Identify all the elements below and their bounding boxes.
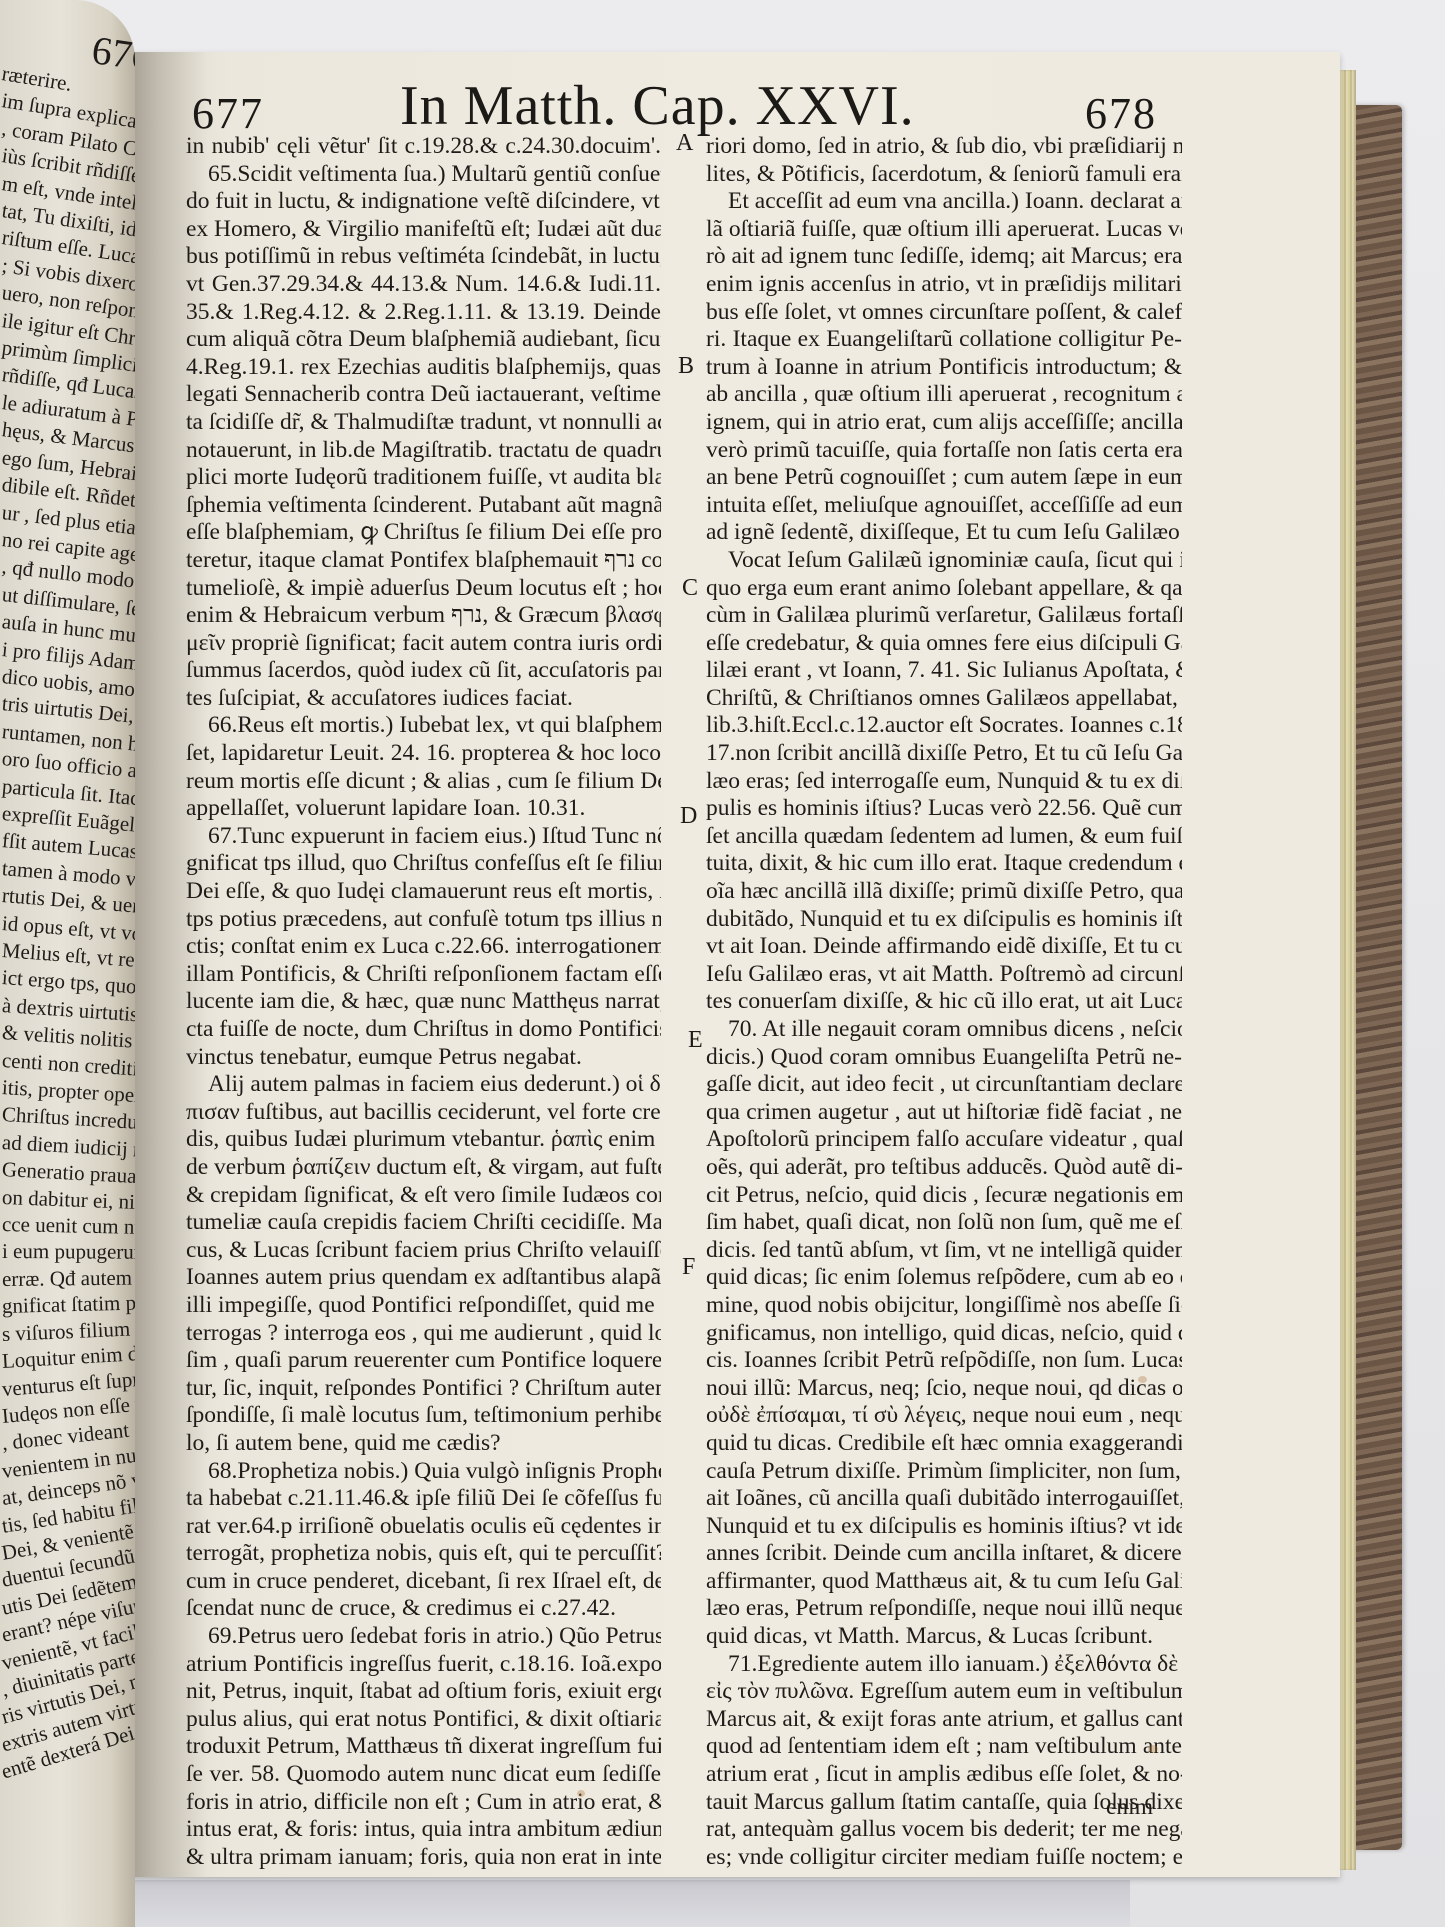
text-line: tur, ſic, inquit, reſpondes Pontifici ? …	[186, 1375, 661, 1403]
text-line: appellaſſet, voluerunt lapidare Ioan. 10…	[186, 795, 661, 823]
text-line: ab ancilla , quæ oſtium illi aperuerat ,…	[706, 381, 1182, 409]
text-line: lilæi erant , vt Ioann, 7. 41. Sic Iulia…	[706, 657, 1182, 685]
text-line: 4.Reg.19.1. rex Ezechias auditis blaſphe…	[186, 354, 661, 382]
section-letter-f: F	[682, 1254, 695, 1281]
text-line: lã oſtiariã fuiſſe, quæ oſtium illi aper…	[706, 216, 1182, 244]
text-line: ſphemia veſtimenta ſcinderent. Putabant …	[186, 492, 661, 520]
text-line: μεῖν propriè ſignificat; facit autem con…	[186, 630, 661, 658]
text-line: quid dicas, vt Matth. Marcus, & Lucas ſc…	[706, 1623, 1182, 1651]
book-photo-scene: 676 ræterire.im ſupra explicauimus, cora…	[0, 0, 1445, 1927]
left-column: in nubib' cęli vẽtur' ſit c.19.28.& c.24…	[186, 133, 661, 1871]
text-line: gnificamus, non intelligo, quid dicas, n…	[706, 1320, 1182, 1348]
text-line: cauſa Petrum dixiſſe. Primùm ſimpliciter…	[706, 1458, 1182, 1486]
text-line: Nunquid et tu ex diſcipulis es hominis i…	[706, 1513, 1182, 1541]
text-line: læo eras, Petrum reſpondiſſe, neque noui…	[706, 1595, 1182, 1623]
text-line: vt Gen.37.29.34.& 44.13.& Num. 14.6.& Iu…	[186, 271, 661, 299]
text-line: 67.Tunc expuerunt in faciem eius.) Iſtud…	[186, 823, 661, 851]
text-line: trum à Ioanne in atrium Pontificis intro…	[706, 354, 1182, 382]
text-line: lites, & Põtificis, ſacerdotum, & ſenior…	[706, 161, 1182, 189]
text-line: πισαν fuſtibus, aut bacillis ceciderunt,…	[186, 1099, 661, 1127]
text-line: terrogãt, prophetiza nobis, quis eſt, qu…	[186, 1540, 661, 1568]
text-line: de verbum ῥαπίζειν ductum eſt, & virgam,…	[186, 1154, 661, 1182]
text-line: Et acceſſit ad eum vna ancilla.) Ioann. …	[706, 188, 1182, 216]
text-line: ſe ver. 58. Quomodo autem nunc dicat eum…	[186, 1761, 661, 1789]
text-line: Ieſu Galilæo eras, vt ait Matth. Poſtrem…	[706, 961, 1182, 989]
text-line: illi impegiſſe, quod Pontifici reſpondiſ…	[186, 1292, 661, 1320]
text-line: es; vnde colligitur circiter mediam fuiſ…	[706, 1844, 1182, 1872]
text-line: dubitãdo, Nunquid et tu ex diſcipulis es…	[706, 906, 1182, 934]
text-line: eſſe credebatur, & quia omnes fere eius …	[706, 630, 1182, 658]
text-line: cus, & Lucas ſcribunt faciem prius Chriſ…	[186, 1237, 661, 1265]
text-line: ſim , quaſi parum reuerenter cum Pontifi…	[186, 1347, 661, 1375]
text-line: verò primũ tacuiſſe, quia fortaſſe non ſ…	[706, 437, 1182, 465]
text-line: enim & Hebraicum verbum נרף, & Græcum βλ…	[186, 602, 661, 630]
text-line: οὐδὲ ἐπίσαμαι, τί σὺ λέγεις, neque noui …	[706, 1402, 1182, 1430]
text-line: 65.Scidit veſtimenta ſua.) Multarũ genti…	[186, 161, 661, 189]
text-line: an bene Petrũ cognouiſſet ; cum autem ſæ…	[706, 464, 1182, 492]
text-line: 35.& 1.Reg.4.12. & 2.Reg.1.11. & 13.19. …	[186, 299, 661, 327]
text-line: noui illũ: Marcus, neq; ſcio, neque noui…	[706, 1375, 1182, 1403]
text-line: Dei eſſe, & quo Iudęi clamauerunt reus e…	[186, 878, 661, 906]
text-line: atrium Pontificis ingreſſus fuerit, c.18…	[186, 1651, 661, 1679]
text-line: Apoſtolorũ principem falſo accuſare vide…	[706, 1126, 1182, 1154]
text-line: terrogas ? interroga eos , qui me audier…	[186, 1320, 661, 1348]
text-line: vinctus tenebatur, eumque Petrus negabat…	[186, 1044, 661, 1072]
text-line: Chriſtũ, & Chriſtianos omnes Galilæos ap…	[706, 685, 1182, 713]
text-line: annes ſcribit. Deinde cum ancilla inſtar…	[706, 1540, 1182, 1568]
text-line: mine, quod nobis obijcitur, longiſſimè n…	[706, 1292, 1182, 1320]
text-line: ri. Itaque ex Euangeliſtarũ collatione c…	[706, 326, 1182, 354]
running-head-title: In Matth. Cap. XXVI.	[400, 74, 915, 138]
right-column: riori domo, ſed in atrio, & ſub dio, vbi…	[706, 133, 1182, 1871]
text-line: ſummus ſacerdos, quòd iudex cũ ſit, accu…	[186, 657, 661, 685]
text-line: cum aliquã cõtra Deum blaſphemiã audieba…	[186, 326, 661, 354]
foxing-spot	[1138, 1376, 1147, 1383]
text-line: tumeliæ cauſa crepidis faciem Chriſti ce…	[186, 1209, 661, 1237]
text-line: cis. Ioannes ſcribit Petrũ reſpõdiſſe, n…	[706, 1347, 1182, 1375]
text-line: ſet ancilla quædam ſedentem ad lumen, & …	[706, 823, 1182, 851]
text-line: quod ad ſententiam idem eſt ; nam veſtib…	[706, 1733, 1182, 1761]
text-line: cta fuiſſe de nocte, dum Chriſtus in dom…	[186, 1016, 661, 1044]
text-line: nit, Petrus, inquit, ſtabat ad oſtium fo…	[186, 1678, 661, 1706]
text-line: in nubib' cęli vẽtur' ſit c.19.28.& c.24…	[186, 133, 661, 161]
left-page-curl: 676 ræterire.im ſupra explicauimus, cora…	[0, 0, 135, 1927]
text-line: ſpondiſſe, ſi malè locutus ſum, teſtimon…	[186, 1402, 661, 1430]
text-line: affirmanter, quod Matthæus ait, & tu cum…	[706, 1568, 1182, 1596]
section-letter-c: C	[682, 575, 698, 602]
text-line: quid dicas; ſic enim ſolemus reſpõdere, …	[706, 1264, 1182, 1292]
text-line: quo erga eum erant animo ſolebant appell…	[706, 575, 1182, 603]
foxing-spot	[577, 1790, 585, 1797]
text-line: plici morte Iudęorũ traditionem fuiſſe, …	[186, 464, 661, 492]
text-line: 68.Prophetiza nobis.) Quia vulgò inſigni…	[186, 1458, 661, 1486]
text-line: illam Pontificis, & Chriſti reſponſionem…	[186, 961, 661, 989]
text-line: pulus alius, qui erat notus Pontifici, &…	[186, 1706, 661, 1734]
text-line: Ioannes autem prius quendam ex adſtantib…	[186, 1264, 661, 1292]
text-line: tumelioſè, & impiè aduerſus Deum locutus…	[186, 575, 661, 603]
text-line: 69.Petrus uero ſedebat foris in atrio.) …	[186, 1623, 661, 1651]
text-line: tuita, dixit, & hic cum illo erat. Itaqu…	[706, 850, 1182, 878]
text-line: 17.non ſcribit ancillã dixiſſe Petro, Et…	[706, 740, 1182, 768]
text-line: rò ait ad ignem tunc ſediſſe, idemq; ait…	[706, 243, 1182, 271]
text-line: troduxit Petrum, Matthæus tñ dixerat ing…	[186, 1733, 661, 1761]
catchword: enim	[1106, 1794, 1153, 1821]
text-line: reum mortis eſſe dicunt ; & alias , cum …	[186, 768, 661, 796]
text-line: ſcendat nunc de cruce, & credimus ei c.2…	[186, 1595, 661, 1623]
text-line: Vocat Ieſum Galilæũ ignominiæ cauſa, ſic…	[706, 547, 1182, 575]
text-line: riori domo, ſed in atrio, & ſub dio, vbi…	[706, 133, 1182, 161]
text-line: teretur, itaque clamat Pontifex blaſphem…	[186, 547, 661, 575]
text-line: tps potius præcedens, aut confuſè totum …	[186, 906, 661, 934]
text-line: cum in cruce penderet, dicebant, ſi rex …	[186, 1568, 661, 1596]
text-line: vt ait Ioan. Deinde affirmando eidẽ dixi…	[706, 933, 1182, 961]
leather-cover	[1352, 105, 1402, 1850]
text-line: gaſſe dicit, aut ideo fecit , ut circunſ…	[706, 1071, 1182, 1099]
text-line: bus potiſſimũ in rebus veſtiméta ſcindeb…	[186, 243, 661, 271]
text-line: tes conuerſam dixiſſe, & hic cũ illo era…	[706, 988, 1182, 1016]
text-line: 71.Egrediente autem illo ianuam.) ἐξελθό…	[706, 1651, 1182, 1679]
bottom-shadow	[130, 1880, 1130, 1927]
text-line: ſet, lapidaretur Leuit. 24. 16. proptere…	[186, 740, 661, 768]
text-line: atrium erat , ſicut in amplis ædibus eſſ…	[706, 1761, 1182, 1789]
text-line: foris in atrio, difficile non eſt ; Cum …	[186, 1789, 661, 1817]
text-line: lo, ſi autem bene, quid me cædis?	[186, 1430, 661, 1458]
text-line: ignem, qui in atrio erat, cum alijs acce…	[706, 409, 1182, 437]
section-letter-d: D	[680, 803, 697, 830]
text-line: Alij autem palmas in faciem eius dederun…	[186, 1071, 661, 1099]
text-line: ex Homero, & Virgilio manifeſtũ eſt; Iud…	[186, 216, 661, 244]
text-line: do fuit in luctu, & indignatione veſtẽ d…	[186, 188, 661, 216]
text-line: 66.Reus eſt mortis.) Iubebat lex, vt qui…	[186, 712, 661, 740]
text-line: bus eſſe ſolet, vt omnes circunſtare poſ…	[706, 299, 1182, 327]
foxing-spot	[1148, 1745, 1158, 1753]
text-line: eſſe blaſphemiam, ꝙ Chriſtus ſe filium D…	[186, 519, 661, 547]
section-letter-e: E	[688, 1027, 703, 1054]
text-line: εἰς τὸν πυλῶνα. Egreſſum autem eum in ve…	[706, 1678, 1182, 1706]
text-line: intus erat, & foris: intus, quia intra a…	[186, 1816, 661, 1844]
left-page-line: i eum pupugerunt, & p	[2, 1238, 135, 1266]
page-number-left: 677	[192, 88, 264, 139]
text-line: rat ver.64.p irriſionẽ obuelatis oculis …	[186, 1513, 661, 1541]
text-line: oẽs, qui aderãt, pro teſtibus adducẽs. Q…	[706, 1154, 1182, 1182]
text-line: ait Ioãnes, cũ ancilla quaſi dubitãdo in…	[706, 1485, 1182, 1513]
text-line: Marcus ait, & exijt foras ante atrium, e…	[706, 1706, 1182, 1734]
text-line: legati Sennacherib contra Deũ iactaueran…	[186, 381, 661, 409]
text-line: lib.3.hiſt.Eccl.c.12.auctor eſt Socrates…	[706, 712, 1182, 740]
text-line: pulis es hominis iſtius? Lucas verò 22.5…	[706, 795, 1182, 823]
text-line: dis, quibus Iudæi plurimum vtebantur. ῥα…	[186, 1126, 661, 1154]
section-letter-a: A	[676, 130, 693, 157]
left-page-line: erræ. Qđ autem dici	[2, 1264, 135, 1293]
text-line: ad ignẽ ſedentẽ, dixiſſeque, Et tu cum I…	[706, 519, 1182, 547]
text-line: oĩa hæc ancillã illã dixiſſe; primũ dixi…	[706, 878, 1182, 906]
text-line: ta habebat c.21.11.46.& ipſe filiũ Dei ſ…	[186, 1485, 661, 1513]
section-letter-b: B	[678, 353, 694, 380]
text-line: & crepidam ſignificat, & eſt vero ſimile…	[186, 1182, 661, 1210]
text-line: ta ſcidiſſe dr̃, & Thalmudiſtæ tradunt, …	[186, 409, 661, 437]
text-line: intuita eſſet, meliuſque agnouiſſet, acc…	[706, 492, 1182, 520]
text-line: & ultra primam ianuam; foris, quia non e…	[186, 1844, 661, 1872]
text-line: tes ſuſcipiat, & accuſatores iudices fac…	[186, 685, 661, 713]
text-line: cit Petrus, neſcio, quid dicis , ſecuræ …	[706, 1182, 1182, 1210]
text-line: cùm in Galilæa plurimũ verſaretur, Galil…	[706, 602, 1182, 630]
text-line: ſim habet, quaſi dicat, non ſolũ non ſum…	[706, 1209, 1182, 1237]
text-line: qua crimen augetur , aut ut hiſtoriæ fid…	[706, 1099, 1182, 1127]
text-line: dicis. ſed tantũ abſum, vt ſim, vt ne in…	[706, 1237, 1182, 1265]
text-line: 70. At ille negauit coram omnibus dicens…	[706, 1016, 1182, 1044]
text-line: dicis.) Quod coram omnibus Euangeliſta P…	[706, 1044, 1182, 1072]
text-line: gnificat tps illud, quo Chriſtus confeſſ…	[186, 850, 661, 878]
text-line: ctis; conſtat enim ex Luca c.22.66. inte…	[186, 933, 661, 961]
text-line: enim ignis accenſus in atrio, vt in præſ…	[706, 271, 1182, 299]
text-line: notauerunt, in lib.de Magiſtratib. tract…	[186, 437, 661, 465]
text-line: lucente iam die, & hæc, quæ nunc Matthęu…	[186, 988, 661, 1016]
page-number-right: 678	[1085, 88, 1157, 139]
text-line: quid tu dicas. Credibile eſt hæc omnia e…	[706, 1430, 1182, 1458]
left-page-text: ræterire.im ſupra explicauimus, coram Pi…	[2, 60, 135, 1787]
text-line: læo eras; ſed interrogaſſe eum, Nunquid …	[706, 768, 1182, 796]
